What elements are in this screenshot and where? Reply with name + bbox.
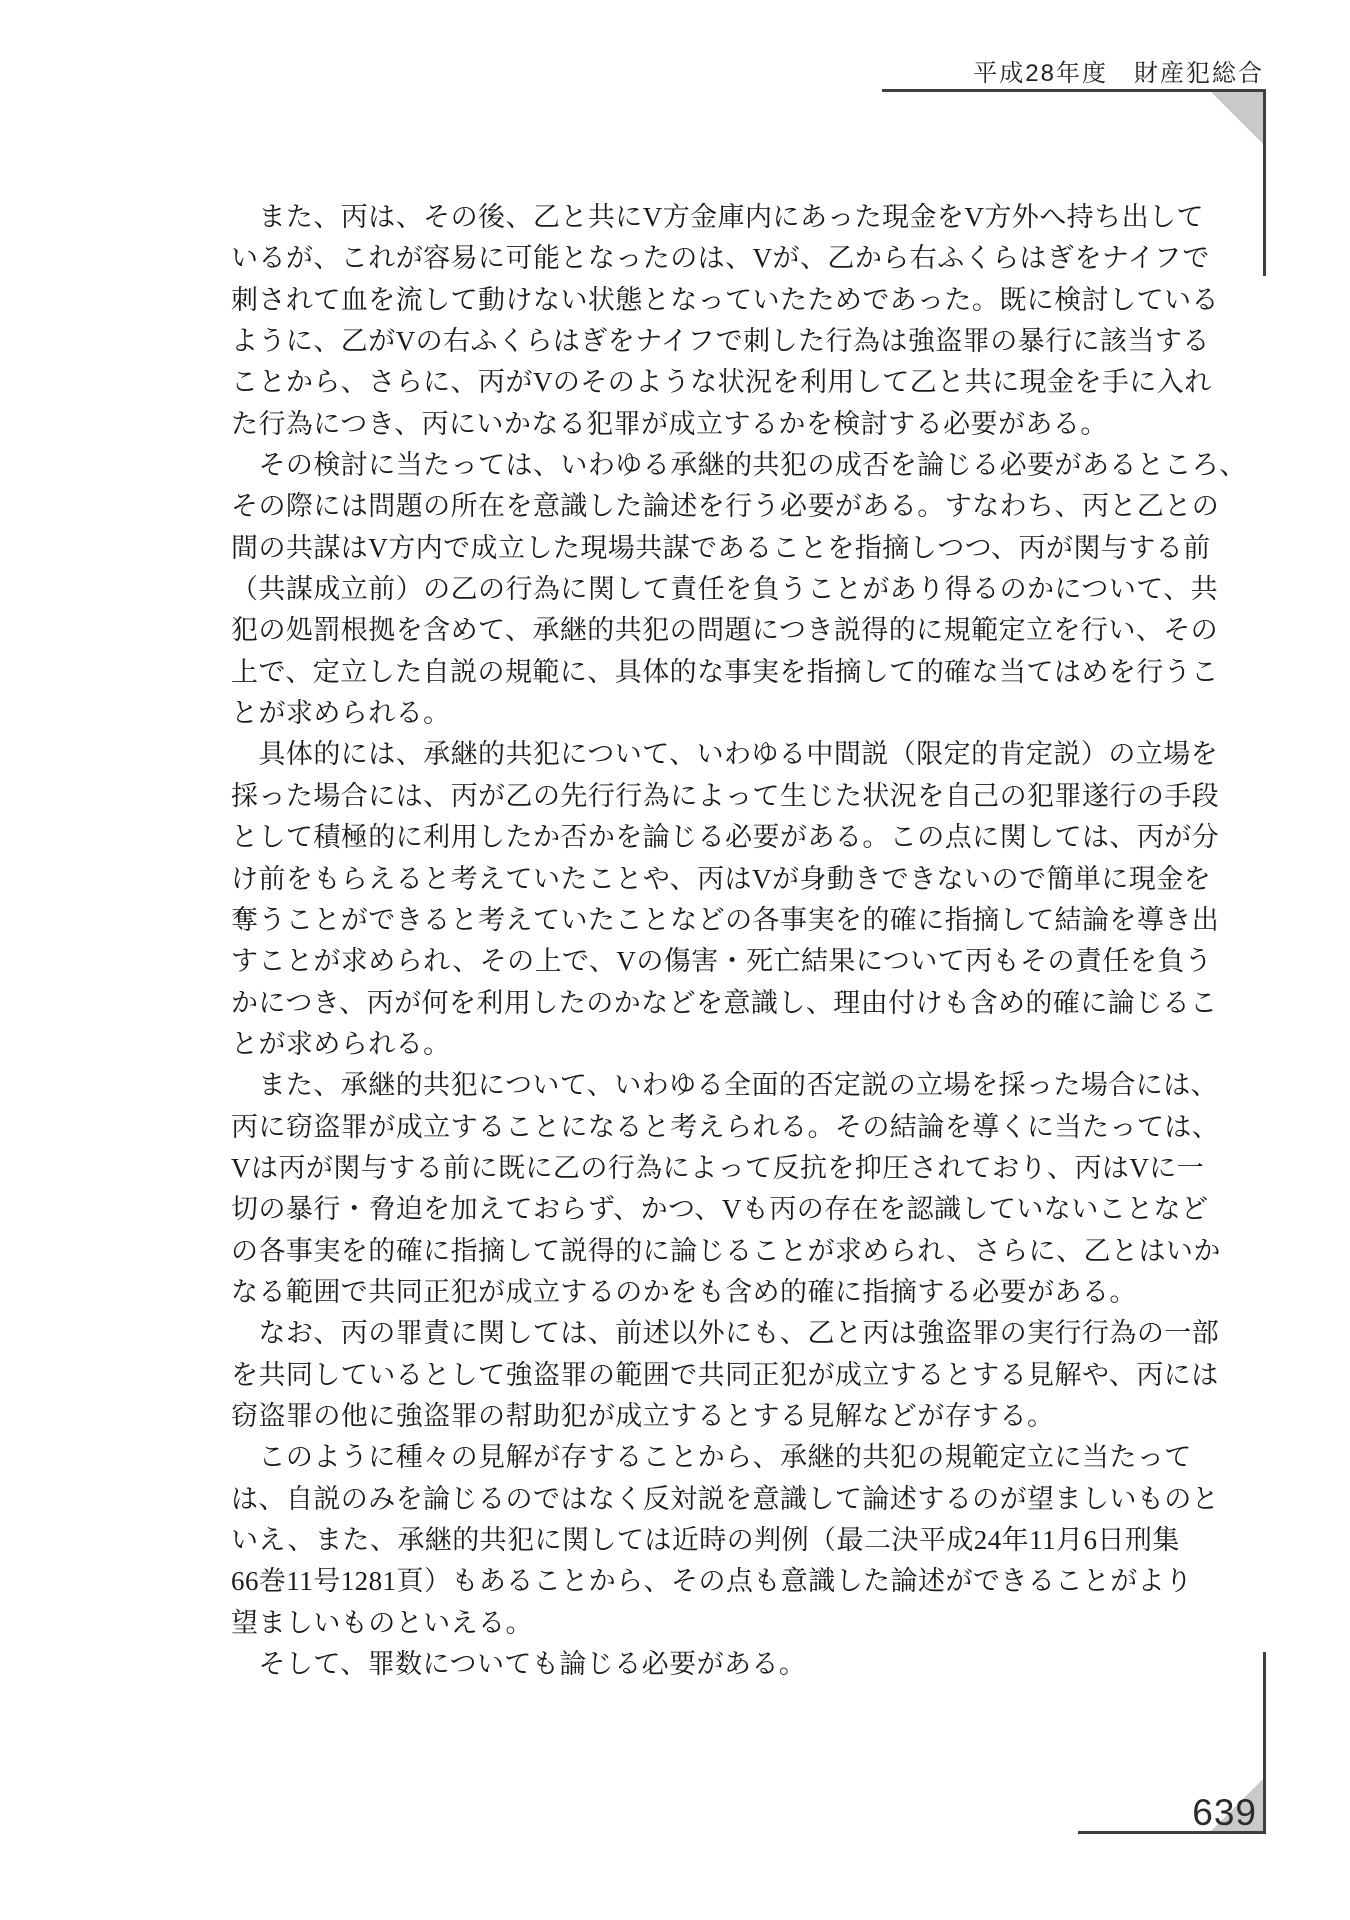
- body-line: として積極的に利用したか否かを論じる必要がある。この点に関しては、丙が分: [231, 817, 1231, 858]
- top-right-corner-triangle: [1211, 92, 1263, 144]
- body-line: た行為につき、丙にいかなる犯罪が成立するかを検討する必要がある。: [231, 404, 1231, 445]
- body-line: すことが求められ、その上で、Vの傷害・死亡結果について丙もその責任を負う: [231, 941, 1231, 982]
- page-number: 639: [1057, 1792, 1257, 1834]
- page-header-title: 平成28年度 財産犯総合: [973, 53, 1264, 88]
- body-line: の各事実を的確に指摘して説得的に論じることが求められ、さらに、乙とはいか: [231, 1231, 1231, 1272]
- book-page: 平成28年度 財産犯総合 また、丙は、その後、乙と共にV方金庫内にあった現金をV…: [0, 0, 1350, 1920]
- body-line: Vは丙が関与する前に既に乙の行為によって反抗を抑圧されており、丙はVに一: [231, 1148, 1231, 1189]
- bottom-right-vertical-rule: [1263, 1652, 1266, 1834]
- body-line: 切の暴行・脅迫を加えておらず、かつ、Vも丙の存在を認識していないことなど: [231, 1189, 1231, 1230]
- body-line: 犯の処罰根拠を含めて、承継的共犯の問題につき説得的に規範定立を行い、その: [231, 610, 1231, 651]
- body-line: また、承継的共犯について、いわゆる全面的否定説の立場を採った場合には、: [231, 1065, 1231, 1106]
- body-line: いえ、また、承継的共犯に関しては近時の判例（最二決平成24年11月6日刑集: [231, 1520, 1231, 1561]
- body-text-block: また、丙は、その後、乙と共にV方金庫内にあった現金をV方外へ持ち出しているが、こ…: [231, 197, 1231, 1685]
- body-line: なお、丙の罪責に関しては、前述以外にも、乙と丙は強盗罪の実行行為の一部: [231, 1313, 1231, 1354]
- body-line: 望ましいものといえる。: [231, 1603, 1231, 1644]
- top-right-horizontal-rule: [882, 89, 1266, 92]
- body-line: ことから、さらに、丙がVのそのような状況を利用して乙と共に現金を手に入れ: [231, 362, 1231, 403]
- body-line: とが求められる。: [231, 693, 1231, 734]
- body-line: 66巻11号1281頁）もあることから、その点も意識した論述ができることがより: [231, 1561, 1231, 1602]
- body-line: 上で、定立した自説の規範に、具体的な事実を指摘して的確な当てはめを行うこ: [231, 652, 1231, 693]
- body-line: は、自説のみを論じるのではなく反対説を意識して論述するのが望ましいものと: [231, 1479, 1231, 1520]
- body-line: とが求められる。: [231, 1024, 1231, 1065]
- body-line: 採った場合には、丙が乙の先行行為によって生じた状況を自己の犯罪遂行の手段: [231, 776, 1231, 817]
- top-right-vertical-rule: [1263, 89, 1266, 276]
- body-line: そして、罪数についても論じる必要がある。: [231, 1644, 1231, 1685]
- body-line: （共謀成立前）の乙の行為に関して責任を負うことがあり得るのかについて、共: [231, 569, 1231, 610]
- body-line: ように、乙がVの右ふくらはぎをナイフで刺した行為は強盗罪の暴行に該当する: [231, 321, 1231, 362]
- body-line: 間の共謀はV方内で成立した現場共謀であることを指摘しつつ、丙が関与する前: [231, 528, 1231, 569]
- body-line: 刺されて血を流して動けない状態となっていたためであった。既に検討している: [231, 280, 1231, 321]
- body-line: その検討に当たっては、いわゆる承継的共犯の成否を論じる必要があるところ、: [231, 445, 1231, 486]
- body-line: なる範囲で共同正犯が成立するのかをも含め的確に指摘する必要がある。: [231, 1272, 1231, 1313]
- body-line: 窃盗罪の他に強盗罪の幇助犯が成立するとする見解などが存する。: [231, 1396, 1231, 1437]
- body-line: 奪うことができると考えていたことなどの各事実を的確に指摘して結論を導き出: [231, 900, 1231, 941]
- body-line: を共同しているとして強盗罪の範囲で共同正犯が成立するとする見解や、丙には: [231, 1355, 1231, 1396]
- body-line: 具体的には、承継的共犯について、いわゆる中間説（限定的肯定説）の立場を: [231, 734, 1231, 775]
- body-line: また、丙は、その後、乙と共にV方金庫内にあった現金をV方外へ持ち出して: [231, 197, 1231, 238]
- body-line: その際には問題の所在を意識した論述を行う必要がある。すなわち、丙と乙との: [231, 486, 1231, 527]
- body-line: かにつき、丙が何を利用したのかなどを意識し、理由付けも含め的確に論じるこ: [231, 983, 1231, 1024]
- body-line: いるが、これが容易に可能となったのは、Vが、乙から右ふくらはぎをナイフで: [231, 238, 1231, 279]
- body-line: け前をもらえると考えていたことや、丙はVが身動きできないので簡単に現金を: [231, 859, 1231, 900]
- body-line: 丙に窃盗罪が成立することになると考えられる。その結論を導くに当たっては、: [231, 1107, 1231, 1148]
- body-line: このように種々の見解が存することから、承継的共犯の規範定立に当たって: [231, 1437, 1231, 1478]
